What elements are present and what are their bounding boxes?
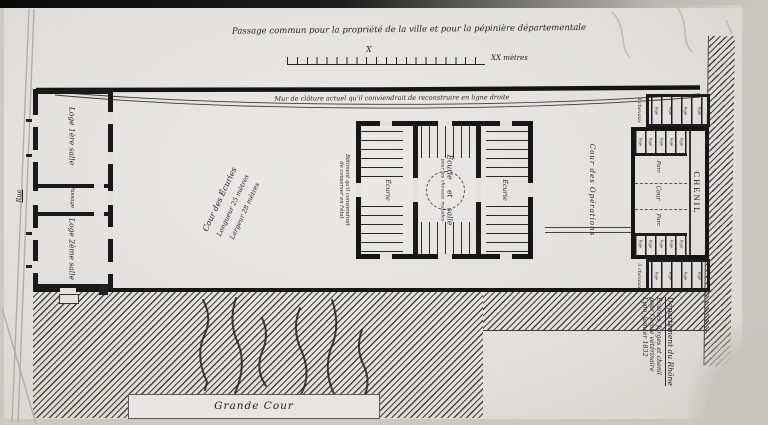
kennel-box-label: loge bbox=[669, 240, 673, 249]
title-line-1: Département du Rhône bbox=[665, 297, 675, 386]
stable-stalls-right bbox=[486, 131, 528, 177]
kennel-box-label: loge bbox=[649, 240, 653, 249]
kennel-box-label: loge bbox=[659, 138, 663, 147]
scale-bar bbox=[287, 57, 485, 65]
hall-label: Écurie et salle pour les chevaux malades bbox=[440, 128, 455, 252]
door-gap bbox=[413, 178, 418, 202]
kennel-box-label: loge bbox=[680, 138, 684, 147]
hall-note: pour les chevaux malades bbox=[440, 128, 445, 252]
side-note-line2: de conserver en l'état bbox=[338, 124, 344, 256]
building-side-note: Bâtiment qu'il conviendrait de conserver… bbox=[338, 124, 350, 256]
door-gap bbox=[500, 121, 512, 126]
door-gap bbox=[380, 254, 392, 259]
kennel-box-label: loge bbox=[698, 106, 702, 115]
title-line-2: Écuries, forges et chenil bbox=[655, 297, 662, 401]
chenil-room-top: Parc bbox=[655, 161, 661, 173]
door-gap bbox=[528, 183, 533, 197]
chenil-upper-annex: loge loge loge loge bbox=[646, 94, 710, 127]
grande-cour-label: Grande Cour bbox=[214, 400, 294, 412]
kennel-box-label: loge bbox=[649, 138, 653, 147]
scale-end-label: XX mètres bbox=[491, 54, 528, 62]
window-gap bbox=[108, 227, 113, 239]
door-gap bbox=[476, 178, 481, 202]
lower-stable-label: 3 chevaux bbox=[636, 263, 642, 289]
door-gap bbox=[33, 191, 38, 205]
scale-mid-label: X bbox=[366, 45, 372, 54]
window-gap bbox=[108, 112, 113, 124]
chenil-lower-annex: loge loge loge loge bbox=[646, 259, 710, 292]
window-sill bbox=[26, 232, 32, 235]
kennel-box-label: loge bbox=[638, 240, 642, 249]
window-gap bbox=[108, 262, 113, 274]
kennel-box-label: loge bbox=[654, 106, 658, 115]
window-sill bbox=[26, 119, 32, 122]
kennel-box-label: loge bbox=[669, 106, 673, 115]
title-block: Département du Rhône Écuries, forges et … bbox=[641, 297, 683, 401]
kennel-labels-bottom: loge loge loge loge loge bbox=[635, 235, 687, 253]
photo-corner-shade bbox=[688, 322, 768, 425]
annex-labels: loge loge loge loge bbox=[649, 97, 707, 124]
stable-stalls-left bbox=[361, 131, 403, 177]
kennel-box-label: loge bbox=[659, 240, 663, 249]
wing-label-left: Écurie bbox=[384, 179, 392, 201]
window-gap bbox=[108, 152, 113, 164]
door-gap bbox=[438, 254, 452, 259]
room-label-loge2: Loge 2ème salle bbox=[68, 218, 77, 280]
kennel-box-label: loge bbox=[698, 271, 702, 280]
stable-stalls-left bbox=[361, 206, 403, 252]
court-dashed-line bbox=[635, 209, 687, 210]
chenil-room-bottom: Parc bbox=[655, 214, 661, 226]
kennel-box-label: loge bbox=[654, 271, 658, 280]
kennel-box-label: loge bbox=[638, 138, 642, 147]
chenil-title: CHENIL bbox=[692, 171, 702, 214]
gate-post bbox=[99, 286, 108, 295]
corridor-wall bbox=[689, 131, 691, 255]
kennel-box-label: loge bbox=[669, 138, 673, 147]
chenil-room-mid: Cour bbox=[655, 186, 662, 201]
kennel-box-label: loge bbox=[669, 271, 673, 280]
hall-title: Écurie et salle bbox=[446, 128, 455, 252]
kennel-box-label: loge bbox=[680, 240, 684, 249]
court-dashed-line bbox=[635, 183, 687, 184]
door-gap bbox=[108, 191, 113, 205]
title-line-4: Lyon, janvier 1832 bbox=[641, 297, 648, 401]
photo-top-band bbox=[0, 0, 768, 8]
door-gap bbox=[94, 184, 104, 188]
annex-labels: loge loge loge loge bbox=[649, 262, 707, 289]
upper-stable-label: 3 chevaux bbox=[636, 97, 642, 123]
street-label: Rue bbox=[15, 190, 23, 203]
window-gap bbox=[33, 115, 38, 127]
room-label-loge1: Loge 1ère salle bbox=[68, 107, 77, 165]
plan-photo: Passage commun pour la propriété de la v… bbox=[0, 0, 768, 425]
window-gap bbox=[33, 228, 38, 240]
window-sill bbox=[26, 265, 32, 268]
kennel-labels-top: loge loge loge loge loge bbox=[635, 133, 687, 151]
room-label-passage: Passage bbox=[69, 186, 75, 208]
door-gap bbox=[500, 254, 512, 259]
window-sill bbox=[26, 154, 32, 157]
window-gap bbox=[33, 150, 38, 162]
gate-leaf bbox=[59, 294, 79, 304]
title-line-3: pour l'école vétérinaire bbox=[648, 297, 655, 401]
kennel-box-label: loge bbox=[683, 106, 687, 115]
door-gap bbox=[94, 212, 104, 216]
side-note-line1: Bâtiment qu'il conviendrait bbox=[344, 124, 350, 256]
door-gap bbox=[356, 183, 361, 197]
window-gap bbox=[33, 261, 38, 273]
operations-court-label: Cour des Opérations bbox=[588, 144, 596, 236]
kennel-box-label: loge bbox=[683, 271, 687, 280]
door-gap bbox=[380, 121, 392, 126]
wing-label-right: Écurie bbox=[501, 179, 509, 201]
stable-stalls-right bbox=[486, 206, 528, 252]
